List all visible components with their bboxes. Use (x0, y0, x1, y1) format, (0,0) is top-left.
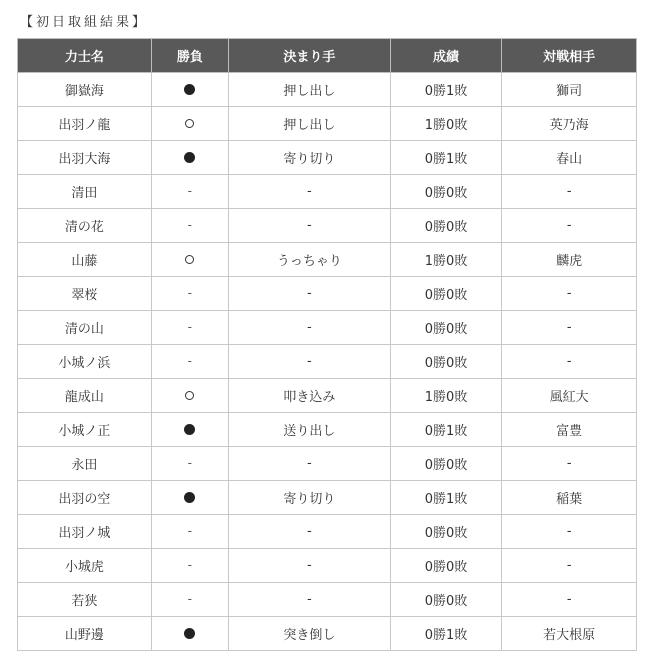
kimarite: 突き倒し (229, 617, 391, 651)
kimarite: - (229, 277, 391, 311)
kimarite: 叩き込み (229, 379, 391, 413)
record: 0勝0敗 (390, 515, 502, 549)
rikishi-name: 翠桜 (18, 277, 152, 311)
rikishi-name: 清の山 (18, 311, 152, 345)
table-row: 清の山--0勝0敗- (18, 311, 637, 345)
no-result-dash: - (188, 558, 192, 572)
result-cell (151, 379, 228, 413)
results-caption: 【初日取組結果】 (20, 14, 148, 32)
no-result-dash: - (188, 592, 192, 606)
kimarite: - (229, 549, 391, 583)
kimarite: うっちゃり (229, 243, 391, 277)
header-result: 勝負 (151, 39, 228, 73)
table-body: 御嶽海押し出し0勝1敗獅司出羽ノ龍押し出し1勝0敗英乃海出羽大海寄り切り0勝1敗… (18, 73, 637, 651)
record: 1勝0敗 (390, 243, 502, 277)
opponent: 英乃海 (502, 107, 637, 141)
kimarite: - (229, 447, 391, 481)
record: 1勝0敗 (390, 107, 502, 141)
record: 0勝0敗 (390, 583, 502, 617)
table-row: 小城虎--0勝0敗- (18, 549, 637, 583)
opponent: - (502, 277, 637, 311)
rikishi-name: 山藤 (18, 243, 152, 277)
rikishi-name: 小城虎 (18, 549, 152, 583)
loss-filled-circle-icon (184, 492, 195, 503)
result-cell: - (151, 447, 228, 481)
record: 0勝0敗 (390, 277, 502, 311)
kimarite: - (229, 209, 391, 243)
record: 0勝0敗 (390, 447, 502, 481)
opponent: - (502, 209, 637, 243)
kimarite: - (229, 175, 391, 209)
table-row: 若狭--0勝0敗- (18, 583, 637, 617)
opponent: 稲葉 (502, 481, 637, 515)
rikishi-name: 永田 (18, 447, 152, 481)
rikishi-name: 清田 (18, 175, 152, 209)
rikishi-name: 御嶽海 (18, 73, 152, 107)
opponent: - (502, 549, 637, 583)
result-cell: - (151, 175, 228, 209)
record: 0勝0敗 (390, 175, 502, 209)
rikishi-name: 出羽の空 (18, 481, 152, 515)
no-result-dash: - (188, 218, 192, 232)
record: 0勝0敗 (390, 209, 502, 243)
table-header-row: 力士名 勝負 決まり手 成績 対戦相手 (18, 39, 637, 73)
header-record: 成績 (390, 39, 502, 73)
loss-filled-circle-icon (184, 152, 195, 163)
opponent: - (502, 447, 637, 481)
record: 0勝1敗 (390, 141, 502, 175)
loss-filled-circle-icon (184, 424, 195, 435)
win-circle-icon (185, 119, 194, 128)
kimarite: 押し出し (229, 107, 391, 141)
table-row: 小城ノ正送り出し0勝1敗富豊 (18, 413, 637, 447)
table-row: 出羽大海寄り切り0勝1敗春山 (18, 141, 637, 175)
table-row: 山野邊突き倒し0勝1敗若大根原 (18, 617, 637, 651)
result-cell (151, 243, 228, 277)
opponent: - (502, 345, 637, 379)
result-cell (151, 141, 228, 175)
no-result-dash: - (188, 184, 192, 198)
rikishi-name: 出羽ノ龍 (18, 107, 152, 141)
kimarite: 送り出し (229, 413, 391, 447)
rikishi-name: 山野邊 (18, 617, 152, 651)
opponent: - (502, 311, 637, 345)
opponent: - (502, 175, 637, 209)
header-rikishi-name: 力士名 (18, 39, 152, 73)
result-cell: - (151, 583, 228, 617)
header-opponent: 対戦相手 (502, 39, 637, 73)
kimarite: - (229, 583, 391, 617)
no-result-dash: - (188, 320, 192, 334)
table-row: 小城ノ浜--0勝0敗- (18, 345, 637, 379)
opponent: 春山 (502, 141, 637, 175)
record: 0勝0敗 (390, 549, 502, 583)
result-cell: - (151, 345, 228, 379)
opponent: 風紅大 (502, 379, 637, 413)
record: 1勝0敗 (390, 379, 502, 413)
result-cell: - (151, 209, 228, 243)
opponent: - (502, 515, 637, 549)
opponent: 麟虎 (502, 243, 637, 277)
kimarite: 押し出し (229, 73, 391, 107)
win-circle-icon (185, 391, 194, 400)
no-result-dash: - (188, 286, 192, 300)
record: 0勝1敗 (390, 617, 502, 651)
result-cell (151, 481, 228, 515)
no-result-dash: - (188, 524, 192, 538)
rikishi-name: 清の花 (18, 209, 152, 243)
record: 0勝1敗 (390, 413, 502, 447)
no-result-dash: - (188, 354, 192, 368)
kimarite: - (229, 311, 391, 345)
table-row: 出羽ノ城--0勝0敗- (18, 515, 637, 549)
table-row: 御嶽海押し出し0勝1敗獅司 (18, 73, 637, 107)
opponent: 富豊 (502, 413, 637, 447)
opponent: - (502, 583, 637, 617)
rikishi-name: 若狭 (18, 583, 152, 617)
table-row: 龍成山叩き込み1勝0敗風紅大 (18, 379, 637, 413)
win-circle-icon (185, 255, 194, 264)
record: 0勝0敗 (390, 311, 502, 345)
opponent: 若大根原 (502, 617, 637, 651)
bout-results-table: 力士名 勝負 決まり手 成績 対戦相手 御嶽海押し出し0勝1敗獅司出羽ノ龍押し出… (17, 38, 637, 651)
header-kimarite: 決まり手 (229, 39, 391, 73)
result-cell: - (151, 515, 228, 549)
record: 0勝1敗 (390, 481, 502, 515)
rikishi-name: 龍成山 (18, 379, 152, 413)
kimarite: - (229, 345, 391, 379)
result-cell (151, 107, 228, 141)
rikishi-name: 小城ノ浜 (18, 345, 152, 379)
result-cell: - (151, 311, 228, 345)
table-row: 出羽の空寄り切り0勝1敗稲葉 (18, 481, 637, 515)
result-cell (151, 617, 228, 651)
result-cell: - (151, 549, 228, 583)
kimarite: - (229, 515, 391, 549)
opponent: 獅司 (502, 73, 637, 107)
kimarite: 寄り切り (229, 481, 391, 515)
kimarite: 寄り切り (229, 141, 391, 175)
table-row: 山藤うっちゃり1勝0敗麟虎 (18, 243, 637, 277)
table-row: 翠桜--0勝0敗- (18, 277, 637, 311)
result-cell: - (151, 277, 228, 311)
table-row: 清の花--0勝0敗- (18, 209, 637, 243)
record: 0勝0敗 (390, 345, 502, 379)
table-row: 出羽ノ龍押し出し1勝0敗英乃海 (18, 107, 637, 141)
loss-filled-circle-icon (184, 628, 195, 639)
rikishi-name: 出羽大海 (18, 141, 152, 175)
no-result-dash: - (188, 456, 192, 470)
rikishi-name: 出羽ノ城 (18, 515, 152, 549)
table-row: 清田--0勝0敗- (18, 175, 637, 209)
loss-filled-circle-icon (184, 84, 195, 95)
table-row: 永田--0勝0敗- (18, 447, 637, 481)
record: 0勝1敗 (390, 73, 502, 107)
rikishi-name: 小城ノ正 (18, 413, 152, 447)
result-cell (151, 413, 228, 447)
result-cell (151, 73, 228, 107)
